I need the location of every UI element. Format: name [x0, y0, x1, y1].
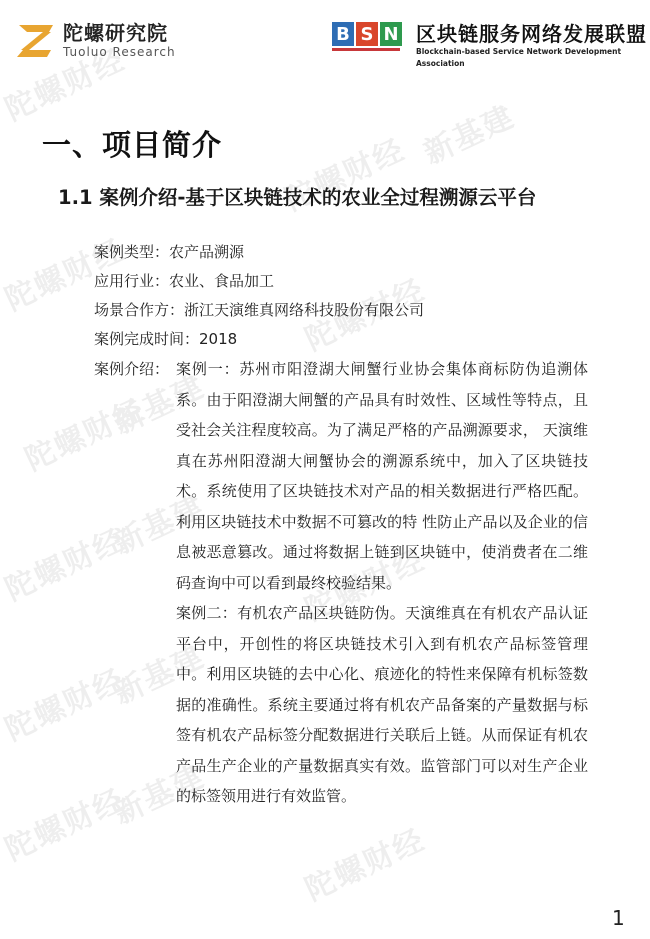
bsn-letter-b: B: [332, 22, 354, 46]
logo-title-en: Tuoluo Research: [63, 44, 176, 60]
meta-value: 农产品溯源: [169, 243, 244, 261]
meta-value: 2018: [199, 330, 237, 348]
case-meta: 案例类型：农产品溯源 应用行业：农业、食品加工 场景合作方：浙江天演维真网络科技…: [94, 238, 424, 354]
bsn-letter-s: S: [356, 22, 378, 46]
case-intro: 案例介绍： 案例一：苏州市阳澄湖大闸蟹行业协会集体商标防伪追溯体系。由于阳澄湖大…: [94, 354, 588, 812]
meta-label: 应用行业：: [94, 272, 169, 290]
meta-value: 农业、食品加工: [169, 272, 274, 290]
bsn-underline: [332, 48, 400, 51]
case-two-paragraph: 案例二：有机农产品区块链防伪。天演维真在有机农产品认证平台中，开创性的将区块链技…: [176, 598, 588, 812]
z-logo-icon: [15, 23, 55, 59]
watermark: 陀螺财经: [297, 815, 432, 909]
intro-body: 案例一：苏州市阳澄湖大闸蟹行业协会集体商标防伪追溯体系。由于阳澄湖大闸蟹的产品具…: [176, 354, 588, 812]
meta-industry: 应用行业：农业、食品加工: [94, 267, 424, 296]
meta-label: 案例完成时间：: [94, 330, 199, 348]
meta-value: 浙江天演维真网络科技股份有限公司: [184, 301, 424, 319]
section-subtitle: 1.1 案例介绍-基于区块链技术的农业全过程溯源云平台: [58, 182, 536, 210]
page-number: 1: [612, 906, 625, 930]
bsn-mark: B S N: [332, 22, 404, 51]
section-title: 一、项目简介: [42, 123, 222, 164]
page-header: 陀螺研究院 Tuoluo Research B S N 区块链服务网络发展联盟 …: [0, 0, 650, 80]
watermark: 新基建: [415, 92, 521, 172]
meta-label: 案例类型：: [94, 243, 169, 261]
bsn-title-en: Blockchain-based Service Network Develop…: [416, 46, 650, 70]
case-one-paragraph: 案例一：苏州市阳澄湖大闸蟹行业协会集体商标防伪追溯体系。由于阳澄湖大闸蟹的产品具…: [176, 354, 588, 598]
meta-partner: 场景合作方：浙江天演维真网络科技股份有限公司: [94, 296, 424, 325]
bsn-logo: B S N 区块链服务网络发展联盟 Blockchain-based Servi…: [332, 22, 650, 70]
meta-completion-year: 案例完成时间：2018: [94, 325, 424, 354]
intro-label: 案例介绍：: [94, 354, 176, 812]
bsn-letter-n: N: [380, 22, 402, 46]
bsn-title-cn: 区块链服务网络发展联盟: [416, 22, 650, 46]
tuoluo-logo: 陀螺研究院 Tuoluo Research: [15, 22, 176, 60]
meta-label: 场景合作方：: [94, 301, 184, 319]
logo-title-cn: 陀螺研究院: [63, 22, 176, 44]
meta-case-type: 案例类型：农产品溯源: [94, 238, 424, 267]
